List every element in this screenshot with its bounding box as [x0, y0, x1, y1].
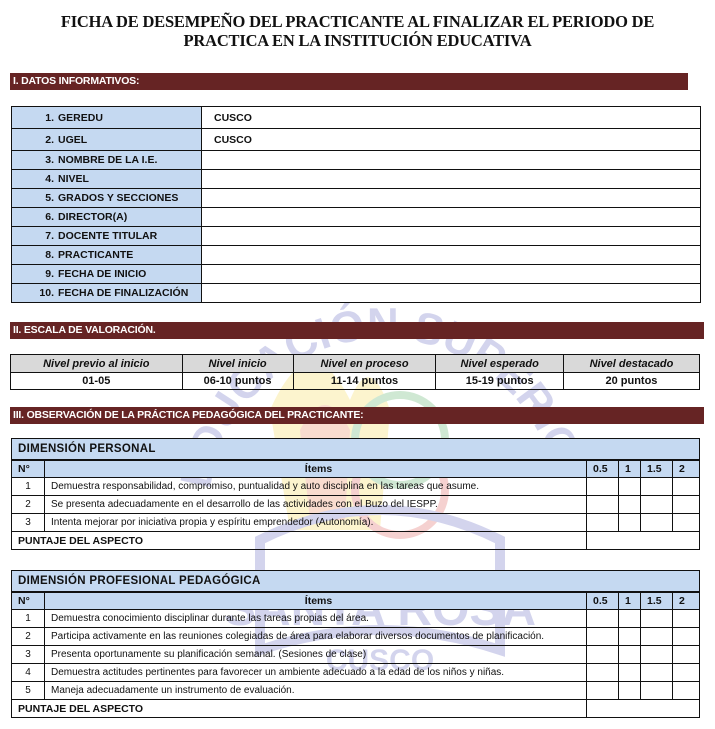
score-cell[interactable]: [641, 682, 673, 700]
info-label-text: GEREDU: [58, 112, 103, 124]
item-number: 2: [12, 496, 45, 514]
item-row: 1Demuestra conocimiento disciplinar dura…: [12, 610, 700, 628]
info-number: 6.: [12, 211, 58, 223]
col-score-header: 2: [673, 592, 700, 610]
score-cell[interactable]: [641, 628, 673, 646]
info-number: 5.: [12, 192, 58, 204]
score-cell[interactable]: [619, 646, 641, 664]
info-row: 7.DOCENTE TITULAR: [12, 227, 701, 246]
section-heading-escala: II. ESCALA DE VALORACIÓN.: [10, 322, 704, 339]
item-text: Demuestra conocimiento disciplinar duran…: [45, 610, 587, 628]
col-score-header: 1: [619, 592, 641, 610]
score-cell[interactable]: [673, 664, 700, 682]
score-cell[interactable]: [587, 610, 619, 628]
col-items-header: Ítems: [45, 460, 587, 478]
info-label-text: FECHA DE INICIO: [58, 268, 146, 280]
col-score-header: 0.5: [587, 592, 619, 610]
col-score-header: 2: [673, 460, 700, 478]
score-cell[interactable]: [619, 478, 641, 496]
item-row: 1Demuestra responsabilidad, compromiso, …: [12, 478, 700, 496]
item-number: 4: [12, 664, 45, 682]
col-score-header: 1: [619, 460, 641, 478]
info-number: 8.: [12, 249, 58, 261]
dimension-table: DIMENSIÓN PROFESIONAL PEDAGÓGICAN°Ítems0…: [11, 570, 700, 718]
info-row: 10.FECHA DE FINALIZACIÓN: [12, 284, 701, 303]
col-items-header: Ítems: [45, 592, 587, 610]
score-cell[interactable]: [587, 646, 619, 664]
score-cell[interactable]: [619, 628, 641, 646]
item-number: 1: [12, 478, 45, 496]
info-label: 7.DOCENTE TITULAR: [12, 227, 202, 246]
info-value-field[interactable]: [202, 265, 701, 284]
info-number: 10.: [12, 287, 58, 299]
info-row: 3.NOMBRE DE LA I.E.: [12, 151, 701, 170]
info-label: 8.PRACTICANTE: [12, 246, 202, 265]
info-row: 6.DIRECTOR(A): [12, 208, 701, 227]
score-cell[interactable]: [641, 514, 673, 532]
scale-level-range: 06-10 puntos: [182, 373, 293, 390]
score-cell[interactable]: [673, 514, 700, 532]
scale-level-name: Nivel destacado: [563, 355, 699, 373]
info-label: 6.DIRECTOR(A): [12, 208, 202, 227]
item-row: 4Demuestra actitudes pertinentes para fa…: [12, 664, 700, 682]
score-cell[interactable]: [641, 478, 673, 496]
total-label: PUNTAJE DEL ASPECTO: [12, 532, 587, 550]
score-cell[interactable]: [641, 646, 673, 664]
item-row: 2Participa activamente en las reuniones …: [12, 628, 700, 646]
item-text: Maneja adecuadamente un instrumento de e…: [45, 682, 587, 700]
dimension-header-row: N°Ítems0.511.52: [12, 460, 700, 478]
scale-level-name: Nivel en proceso: [293, 355, 436, 373]
info-label: 3.NOMBRE DE LA I.E.: [12, 151, 202, 170]
info-label-text: DIRECTOR(A): [58, 211, 127, 223]
score-cell[interactable]: [587, 496, 619, 514]
score-cell[interactable]: [619, 682, 641, 700]
info-label-text: DOCENTE TITULAR: [58, 230, 157, 242]
info-number: 9.: [12, 268, 58, 280]
col-number-header: N°: [12, 460, 45, 478]
info-value-field[interactable]: [202, 227, 701, 246]
total-row: PUNTAJE DEL ASPECTO: [12, 700, 700, 718]
scale-level-range: 11-14 puntos: [293, 373, 436, 390]
info-number: 3.: [12, 154, 58, 166]
col-score-header: 0.5: [587, 460, 619, 478]
document-title: FICHA DE DESEMPEÑO DEL PRACTICANTE AL FI…: [0, 12, 715, 50]
score-cell[interactable]: [619, 496, 641, 514]
info-label: 2.UGEL: [12, 129, 202, 151]
item-number: 1: [12, 610, 45, 628]
score-cell[interactable]: [587, 664, 619, 682]
info-row: 5.GRADOS Y SECCIONES: [12, 189, 701, 208]
score-cell[interactable]: [587, 478, 619, 496]
item-row: 5Maneja adecuadamente un instrumento de …: [12, 682, 700, 700]
info-label-text: GRADOS Y SECCIONES: [58, 192, 178, 204]
col-score-header: 1.5: [641, 592, 673, 610]
info-value-field[interactable]: [202, 189, 701, 208]
scale-level-range: 15-19 puntos: [436, 373, 563, 390]
score-cell[interactable]: [673, 628, 700, 646]
score-cell[interactable]: [673, 496, 700, 514]
info-value-field[interactable]: [202, 151, 701, 170]
info-label-text: UGEL: [58, 134, 87, 146]
item-text: Intenta mejorar por iniciativa propia y …: [45, 514, 587, 532]
info-number: 4.: [12, 173, 58, 185]
item-text: Presenta oportunamente su planificación …: [45, 646, 587, 664]
score-cell[interactable]: [641, 610, 673, 628]
info-label: 5.GRADOS Y SECCIONES: [12, 189, 202, 208]
info-row: 1.GEREDUCUSCO: [12, 107, 701, 129]
info-value-field[interactable]: [202, 170, 701, 189]
scale-level-range: 01-05: [11, 373, 183, 390]
item-row: 3Intenta mejorar por iniciativa propia y…: [12, 514, 700, 532]
title-line-1: FICHA DE DESEMPEÑO DEL PRACTICANTE AL FI…: [0, 12, 715, 31]
item-row: 2Se presenta adecuadamente en el desarro…: [12, 496, 700, 514]
item-row: 3Presenta oportunamente su planificación…: [12, 646, 700, 664]
score-cell[interactable]: [619, 664, 641, 682]
section-heading-observacion: III. OBSERVACIÓN DE LA PRÁCTICA PEDAGÓGI…: [10, 407, 704, 424]
section-heading-datos: I. DATOS INFORMATIVOS:: [10, 73, 688, 90]
info-label-text: PRACTICANTE: [58, 249, 133, 261]
scale-level-name: Nivel previo al inicio: [11, 355, 183, 373]
info-value-field[interactable]: [202, 284, 701, 303]
col-score-header: 1.5: [641, 460, 673, 478]
score-cell[interactable]: [673, 478, 700, 496]
escala-valoracion-table: Nivel previo al inicioNivel inicioNivel …: [10, 354, 700, 390]
info-row: 2.UGELCUSCO: [12, 129, 701, 151]
item-text: Demuestra actitudes pertinentes para fav…: [45, 664, 587, 682]
info-number: 1.: [12, 112, 58, 124]
score-cell[interactable]: [673, 610, 700, 628]
info-label-text: FECHA DE FINALIZACIÓN: [58, 287, 188, 299]
info-number: 7.: [12, 230, 58, 242]
info-label: 1.GEREDU: [12, 107, 202, 129]
info-value-field[interactable]: CUSCO: [202, 107, 701, 129]
total-row: PUNTAJE DEL ASPECTO: [12, 532, 700, 550]
info-value-field[interactable]: CUSCO: [202, 129, 701, 151]
info-label: 9.FECHA DE INICIO: [12, 265, 202, 284]
item-number: 5: [12, 682, 45, 700]
info-label-text: NOMBRE DE LA I.E.: [58, 154, 157, 166]
col-number-header: N°: [12, 592, 45, 610]
item-text: Participa activamente en las reuniones c…: [45, 628, 587, 646]
item-text: Demuestra responsabilidad, compromiso, p…: [45, 478, 587, 496]
dimension-title: DIMENSIÓN PERSONAL: [12, 439, 700, 460]
scale-level-name: Nivel esperado: [436, 355, 563, 373]
info-label: 10.FECHA DE FINALIZACIÓN: [12, 284, 202, 303]
datos-informativos-table: 1.GEREDUCUSCO2.UGELCUSCO3.NOMBRE DE LA I…: [11, 106, 701, 303]
score-cell[interactable]: [587, 628, 619, 646]
score-cell[interactable]: [641, 496, 673, 514]
total-score-field[interactable]: [587, 532, 700, 550]
item-number: 3: [12, 514, 45, 532]
title-line-2: PRACTICA EN LA INSTITUCIÓN EDUCATIVA: [0, 31, 715, 50]
info-row: 8.PRACTICANTE: [12, 246, 701, 265]
score-cell[interactable]: [587, 514, 619, 532]
info-row: 4.NIVEL: [12, 170, 701, 189]
total-score-field[interactable]: [587, 700, 700, 718]
scale-level-name: Nivel inicio: [182, 355, 293, 373]
item-number: 3: [12, 646, 45, 664]
info-label-text: NIVEL: [58, 173, 89, 185]
score-cell[interactable]: [641, 664, 673, 682]
total-label: PUNTAJE DEL ASPECTO: [12, 700, 587, 718]
info-number: 2.: [12, 134, 58, 146]
score-cell[interactable]: [673, 682, 700, 700]
info-label: 4.NIVEL: [12, 170, 202, 189]
dimension-header-row: N°Ítems0.511.52: [12, 592, 700, 610]
dimension-title: DIMENSIÓN PROFESIONAL PEDAGÓGICA: [12, 571, 700, 592]
score-cell[interactable]: [619, 610, 641, 628]
item-number: 2: [12, 628, 45, 646]
dimension-table: DIMENSIÓN PERSONALN°Ítems0.511.521Demues…: [11, 438, 700, 550]
scale-level-range: 20 puntos: [563, 373, 699, 390]
info-value-field[interactable]: [202, 208, 701, 227]
info-row: 9.FECHA DE INICIO: [12, 265, 701, 284]
info-value-field[interactable]: [202, 246, 701, 265]
score-cell[interactable]: [673, 646, 700, 664]
item-text: Se presenta adecuadamente en el desarrol…: [45, 496, 587, 514]
score-cell[interactable]: [619, 514, 641, 532]
score-cell[interactable]: [587, 682, 619, 700]
